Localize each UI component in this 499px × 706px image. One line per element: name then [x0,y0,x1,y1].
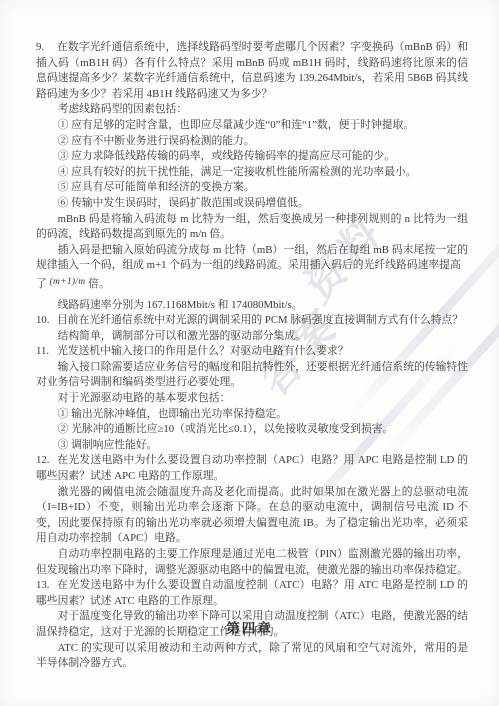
answer-paragraph: 线路码速率分别为 167.1168Mbit/s 和 174080Mbit/s。 [36,298,468,314]
question-number: 10. [36,313,53,329]
question-text: 在光发送电路中为什么要设置自动功率控制（APC）电路？用 APC 电路是控制 L… [36,454,468,482]
answer-paragraph: 激光器的阈值电流会随温度升高及老化而提高。此时如果加在激光器上的总驱动电流（I=… [36,485,468,547]
list-item: ① 输出光脉冲峰值，也即输出光功率保持稳定。 [36,407,468,423]
formula-prefix: 了 [36,278,47,290]
answer-paragraph: 自动功率控制电路的主要工作原理是通过光电二极管（PIN）监测激光器的输出功率，但… [36,547,468,578]
question-number: 11. [36,344,53,360]
answer-paragraph: mBnB 码是将输入码流每 m 比特为一组，然后变换成另一种排列规则的 n 比特… [36,212,468,243]
question-9: 9.在数字光纤通信系统中，选择线路码型时要考虑哪几个因素？字变换码（mBnB 码… [36,40,468,102]
question-text: 光发送机中输入接口的作用是什么？对驱动电路有什么要求？ [57,345,349,357]
question-text: 在数字光纤通信系统中，选择线路码型时要考虑哪几个因素？字变换码（mBnB 码）和… [36,41,468,100]
list-item: ⑥ 传输中发生误码时，误码扩散范围或误码增值低。 [36,196,468,212]
question-13: 13.在光发送电路中为什么要设置自动温度控制（ATC）电路？用 ATC 电路是控… [36,578,468,609]
document-body: 9.在数字光纤通信系统中，选择线路码型时要考虑哪几个因素？字变换码（mBnB 码… [36,40,468,672]
question-number: 9. [36,40,53,56]
list-item: ④ 应具有较好的抗干扰性能，满足一定接收机性能所需检测的光功率最小。 [36,165,468,181]
math-fraction: (m+1)/m [50,277,86,287]
list-item: ② 光脉冲的通断比应≥10（或消光比≤0.1），以免接收灵敏度受到损害。 [36,422,468,438]
question-number: 12. [36,453,53,469]
scanned-document-page: 资料 答案 9.在数字光纤通信系统中，选择线路码型时要考虑哪几个因素？字变换码（… [0,0,499,706]
question-12: 12.在光发送电路中为什么要设置自动功率控制（APC）电路？用 APC 电路是控… [36,453,468,484]
answer-paragraph: ATC 的实现可以采用被动和主动两种方式，除了常见的风扇和空气对流外，常用的是半… [36,641,468,672]
list-item: ⑤ 应具有尽可能简单和经济的变换方案。 [36,180,468,196]
formula-suffix: 倍。 [88,278,110,290]
answer-paragraph: 输入接口除需要适应业务信号的幅度和阻抗特性外，还要根据光纤通信系统的传输特性对业… [36,360,468,391]
answer-paragraph: 插入码是把输入原始码流分成每 m 比特（mB）一组，然后在每组 mB 码末尾按一… [36,243,468,274]
question-text: 目前在光纤通信系统中对光源的调制采用的 PCM 脉码强度直接调制方式有什么特点？ [57,314,463,326]
question-number: 13. [36,578,53,594]
answer-paragraph: 考虑线路码型的因素包括： [36,102,468,118]
answer-paragraph: 结构简单，调制部分可以和激光器的驱动部分集成。 [36,329,468,345]
question-10: 10.目前在光纤通信系统中对光源的调制采用的 PCM 脉码强度直接调制方式有什么… [36,313,468,329]
formula-line: 了 (m+1)/m 倍。 [36,277,468,294]
question-11: 11.光发送机中输入接口的作用是什么？对驱动电路有什么要求？ [36,344,468,360]
list-item: ① 应有足够的定时含量，也即应尽量减少连“0”和连“1”数，便于时钟提取。 [36,118,468,134]
list-item: ② 应有不中断业务进行误码检测的能力。 [36,134,468,150]
list-item: ③ 应力求降低线路传输的码率，或线路传输码率的提高应尽可能的少。 [36,149,468,165]
chapter-heading: 第四章 [0,617,499,637]
answer-paragraph: 对于光源驱动电路的基本要求包括： [36,391,468,407]
list-item: ③ 调制响应性能好。 [36,438,468,454]
question-text: 在光发送电路中为什么要设置自动温度控制（ATC）电路？用 ATC 电路是控制 L… [36,579,468,607]
